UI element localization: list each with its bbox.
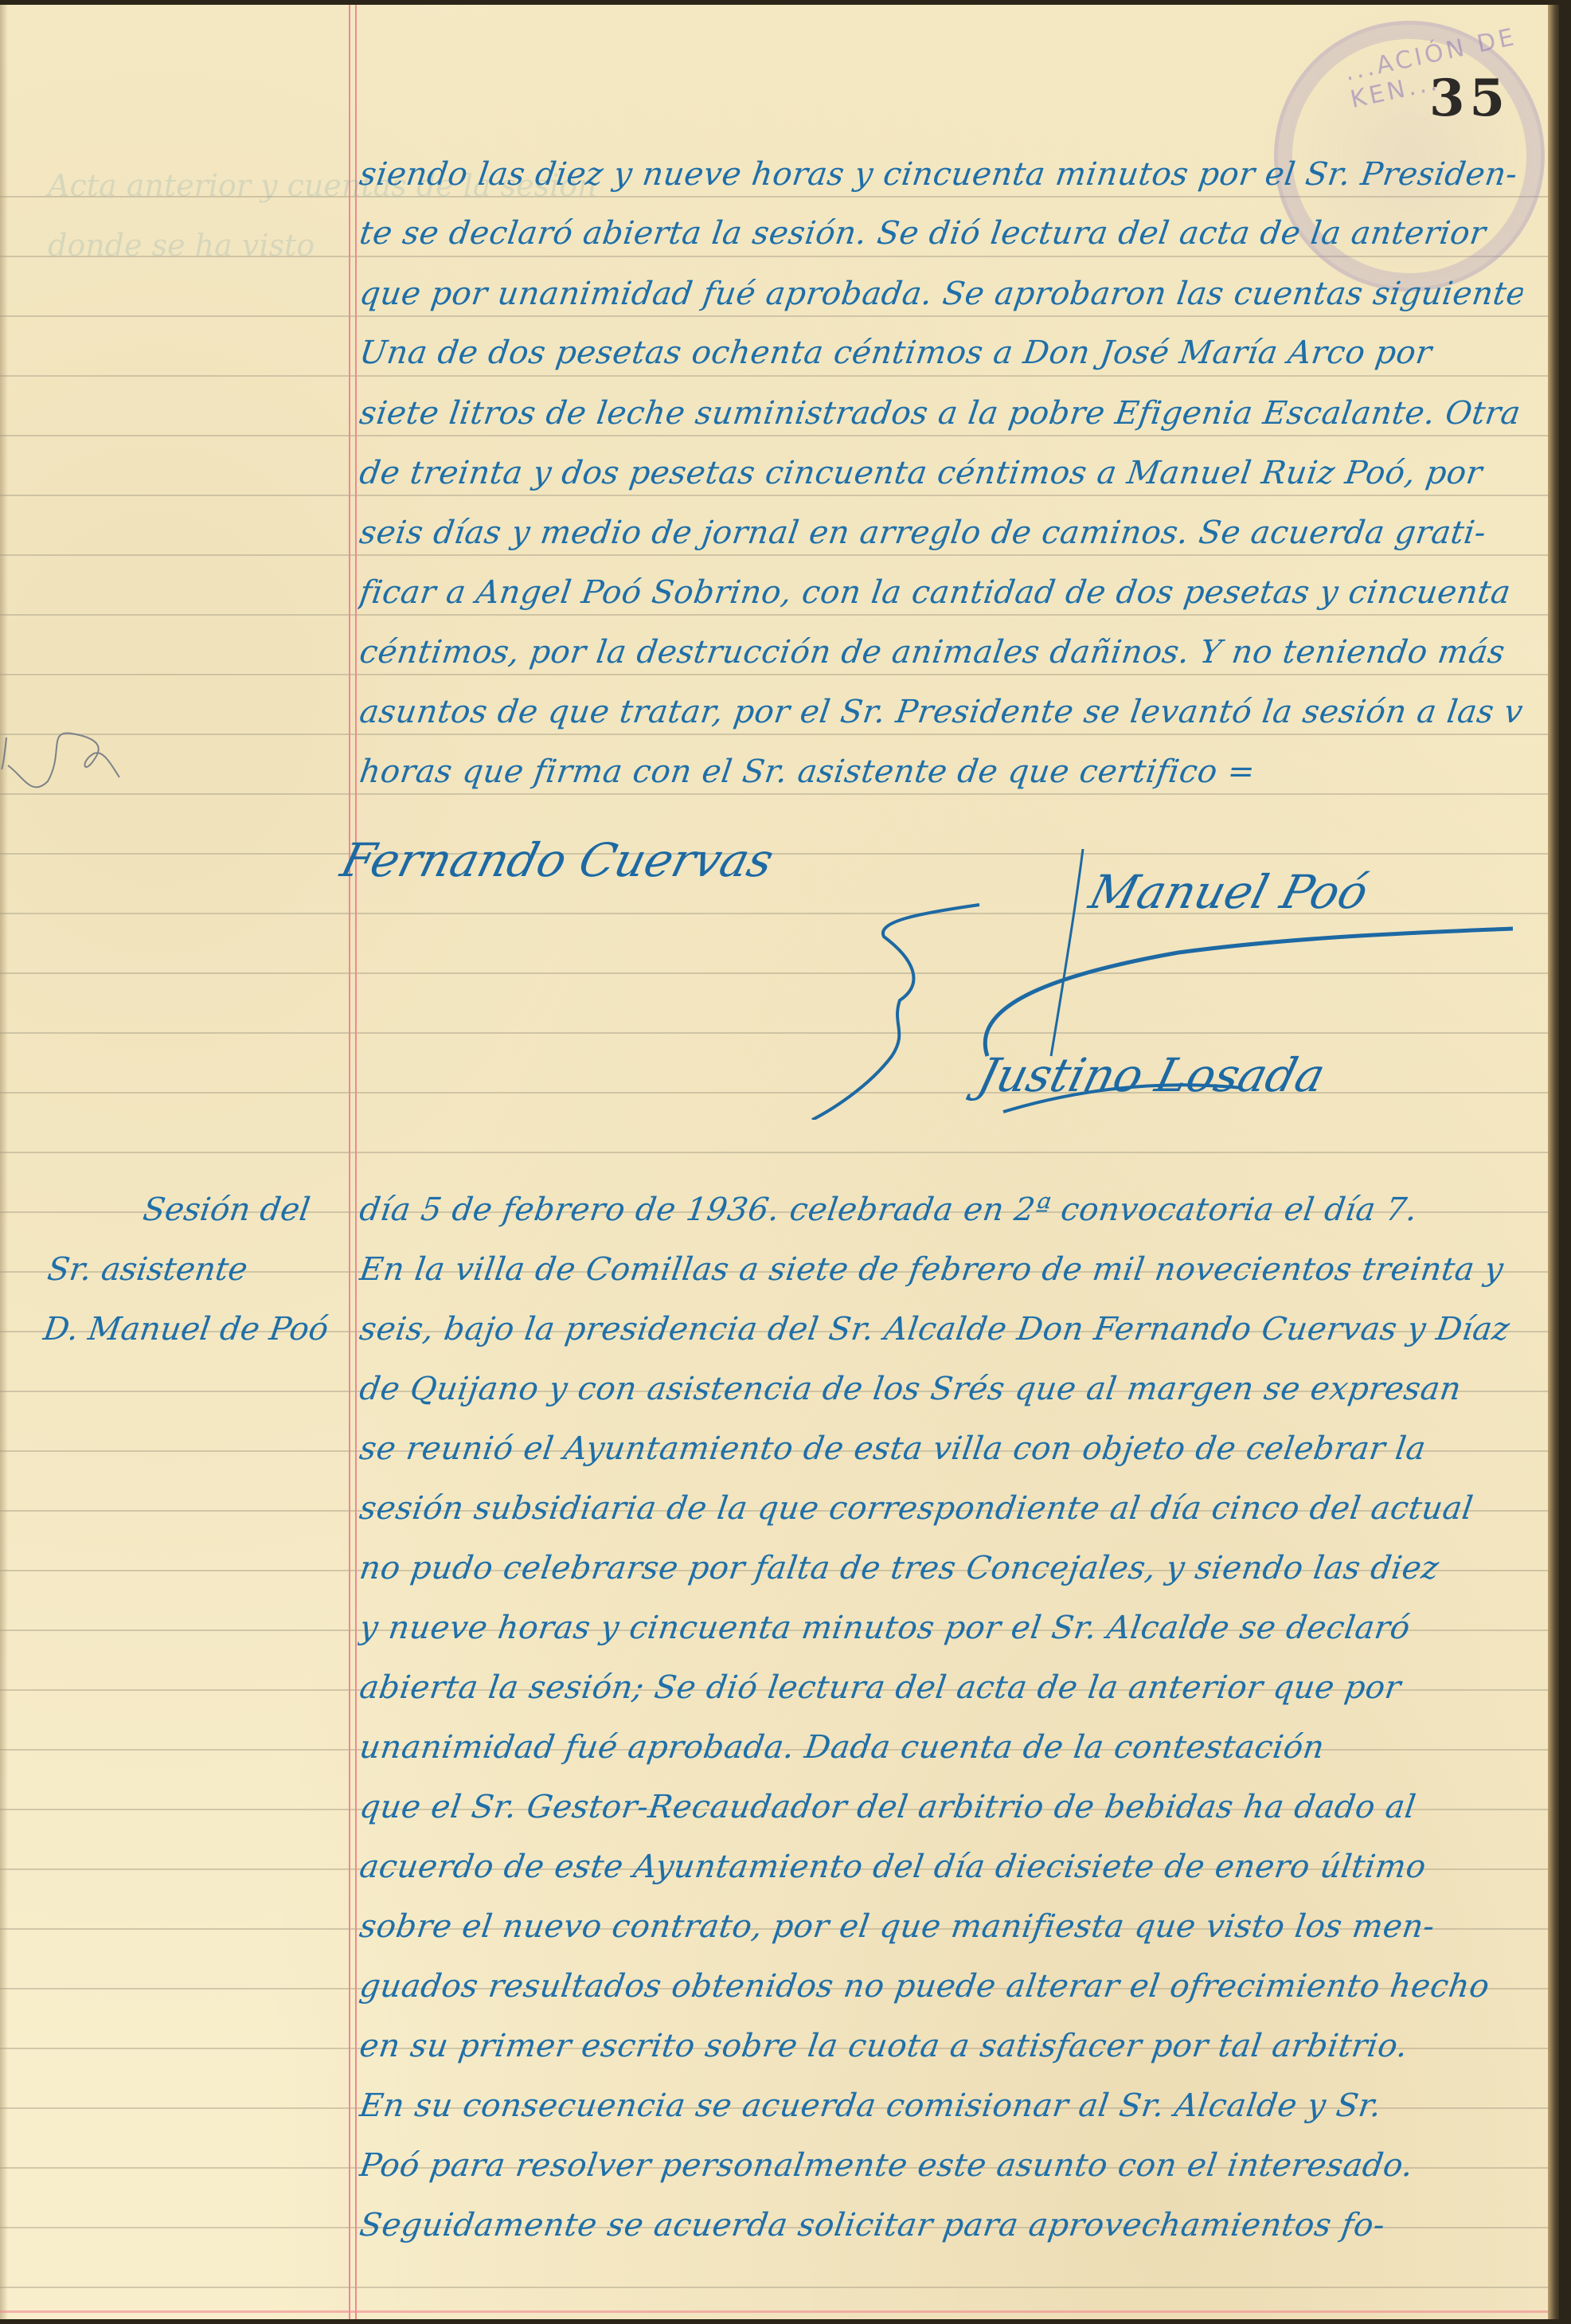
text-line: se reunió el Ayuntamiento de esta villa … — [357, 1429, 1525, 1469]
text-line: en su primer escrito sobre la cuota a sa… — [357, 2026, 1525, 2066]
ruled-line — [0, 614, 1548, 616]
pencil-mark-icon — [0, 722, 127, 793]
text-line: En la villa de Comillas a siete de febre… — [357, 1250, 1525, 1289]
signature-flourish-icon — [780, 849, 1513, 1120]
text-line: Seguidamente se acuerda solicitar para a… — [357, 2205, 1525, 2245]
text-line: ficar a Angel Poó Sobrino, con la cantid… — [357, 573, 1525, 612]
text-line: unanimidad fué aprobada. Dada cuenta de … — [357, 1727, 1525, 1767]
text-line: siendo las diez y nueve horas y cincuent… — [357, 155, 1525, 194]
ruled-line — [0, 1152, 1548, 1153]
ruled-line — [0, 674, 1548, 675]
margin-attendees-label: Sr. asistente — [45, 1250, 369, 1289]
page-edge — [1548, 5, 1559, 2319]
margin-line-right — [355, 5, 357, 2319]
text-line: sobre el nuevo contrato, por el que mani… — [357, 1907, 1525, 1946]
text-line: y nueve horas y cincuenta minutos por el… — [357, 1608, 1525, 1648]
text-line: abierta la sesión; Se dió lectura del ac… — [357, 1668, 1525, 1708]
ruled-line — [0, 793, 1548, 795]
text-line: seis, bajo la presidencia del Sr. Alcald… — [357, 1309, 1525, 1349]
document-page: Acta anterior y cuentas de la sesión don… — [0, 5, 1559, 2319]
ruled-line — [0, 435, 1548, 436]
signature-fernando-cuervas: Fernando Cuervas — [336, 833, 780, 887]
text-line: Una de dos pesetas ochenta céntimos a Do… — [357, 333, 1525, 373]
text-line: seis días y medio de jornal en arreglo d… — [357, 513, 1525, 553]
ruled-line — [0, 734, 1548, 735]
ruled-line — [0, 554, 1548, 556]
text-line: acuerdo de este Ayuntamiento del día die… — [357, 1847, 1525, 1887]
ruled-line — [0, 375, 1548, 377]
margin-attendees: D. Manuel de Poó — [41, 1309, 365, 1349]
text-line: guados resultados obtenidos no puede alt… — [357, 1966, 1525, 2006]
page-number: 35 — [1429, 68, 1510, 128]
text-line: En su consecuencia se acuerda comisionar… — [357, 2086, 1525, 2126]
text-line: Poó para resolver personalmente este asu… — [357, 2146, 1525, 2185]
text-line: sesión subsidiaria de la que correspondi… — [357, 1489, 1525, 1528]
bottom-margin-line — [0, 2310, 1548, 2313]
session-title: día 5 de febrero de 1936. celebrada en 2… — [357, 1190, 1525, 1230]
ruled-line — [0, 495, 1548, 496]
text-line: de treinta y dos pesetas cincuenta cénti… — [357, 453, 1525, 493]
text-line: céntimos, por la destrucción de animales… — [357, 632, 1525, 672]
text-line: asuntos de que tratar, por el Sr. Presid… — [357, 692, 1525, 732]
ruled-line — [0, 2287, 1548, 2288]
margin-line-left — [349, 5, 350, 2319]
text-line: que por unanimidad fué aprobada. Se apro… — [357, 274, 1525, 314]
text-line: te se declaró abierta la sesión. Se dió … — [357, 213, 1525, 253]
text-line: no pudo celebrarse por falta de tres Con… — [357, 1548, 1525, 1588]
text-line: siete litros de leche suministrados a la… — [357, 393, 1525, 433]
ruled-line — [0, 315, 1548, 317]
bleed-through-text: donde se ha visto — [48, 228, 315, 263]
text-line: de Quijano y con asistencia de los Srés … — [357, 1369, 1525, 1409]
text-line: que el Sr. Gestor-Recaudador del arbitri… — [357, 1787, 1525, 1827]
text-line: horas que firma con el Sr. asistente de … — [357, 752, 1525, 792]
binding-shadow — [0, 5, 8, 2319]
